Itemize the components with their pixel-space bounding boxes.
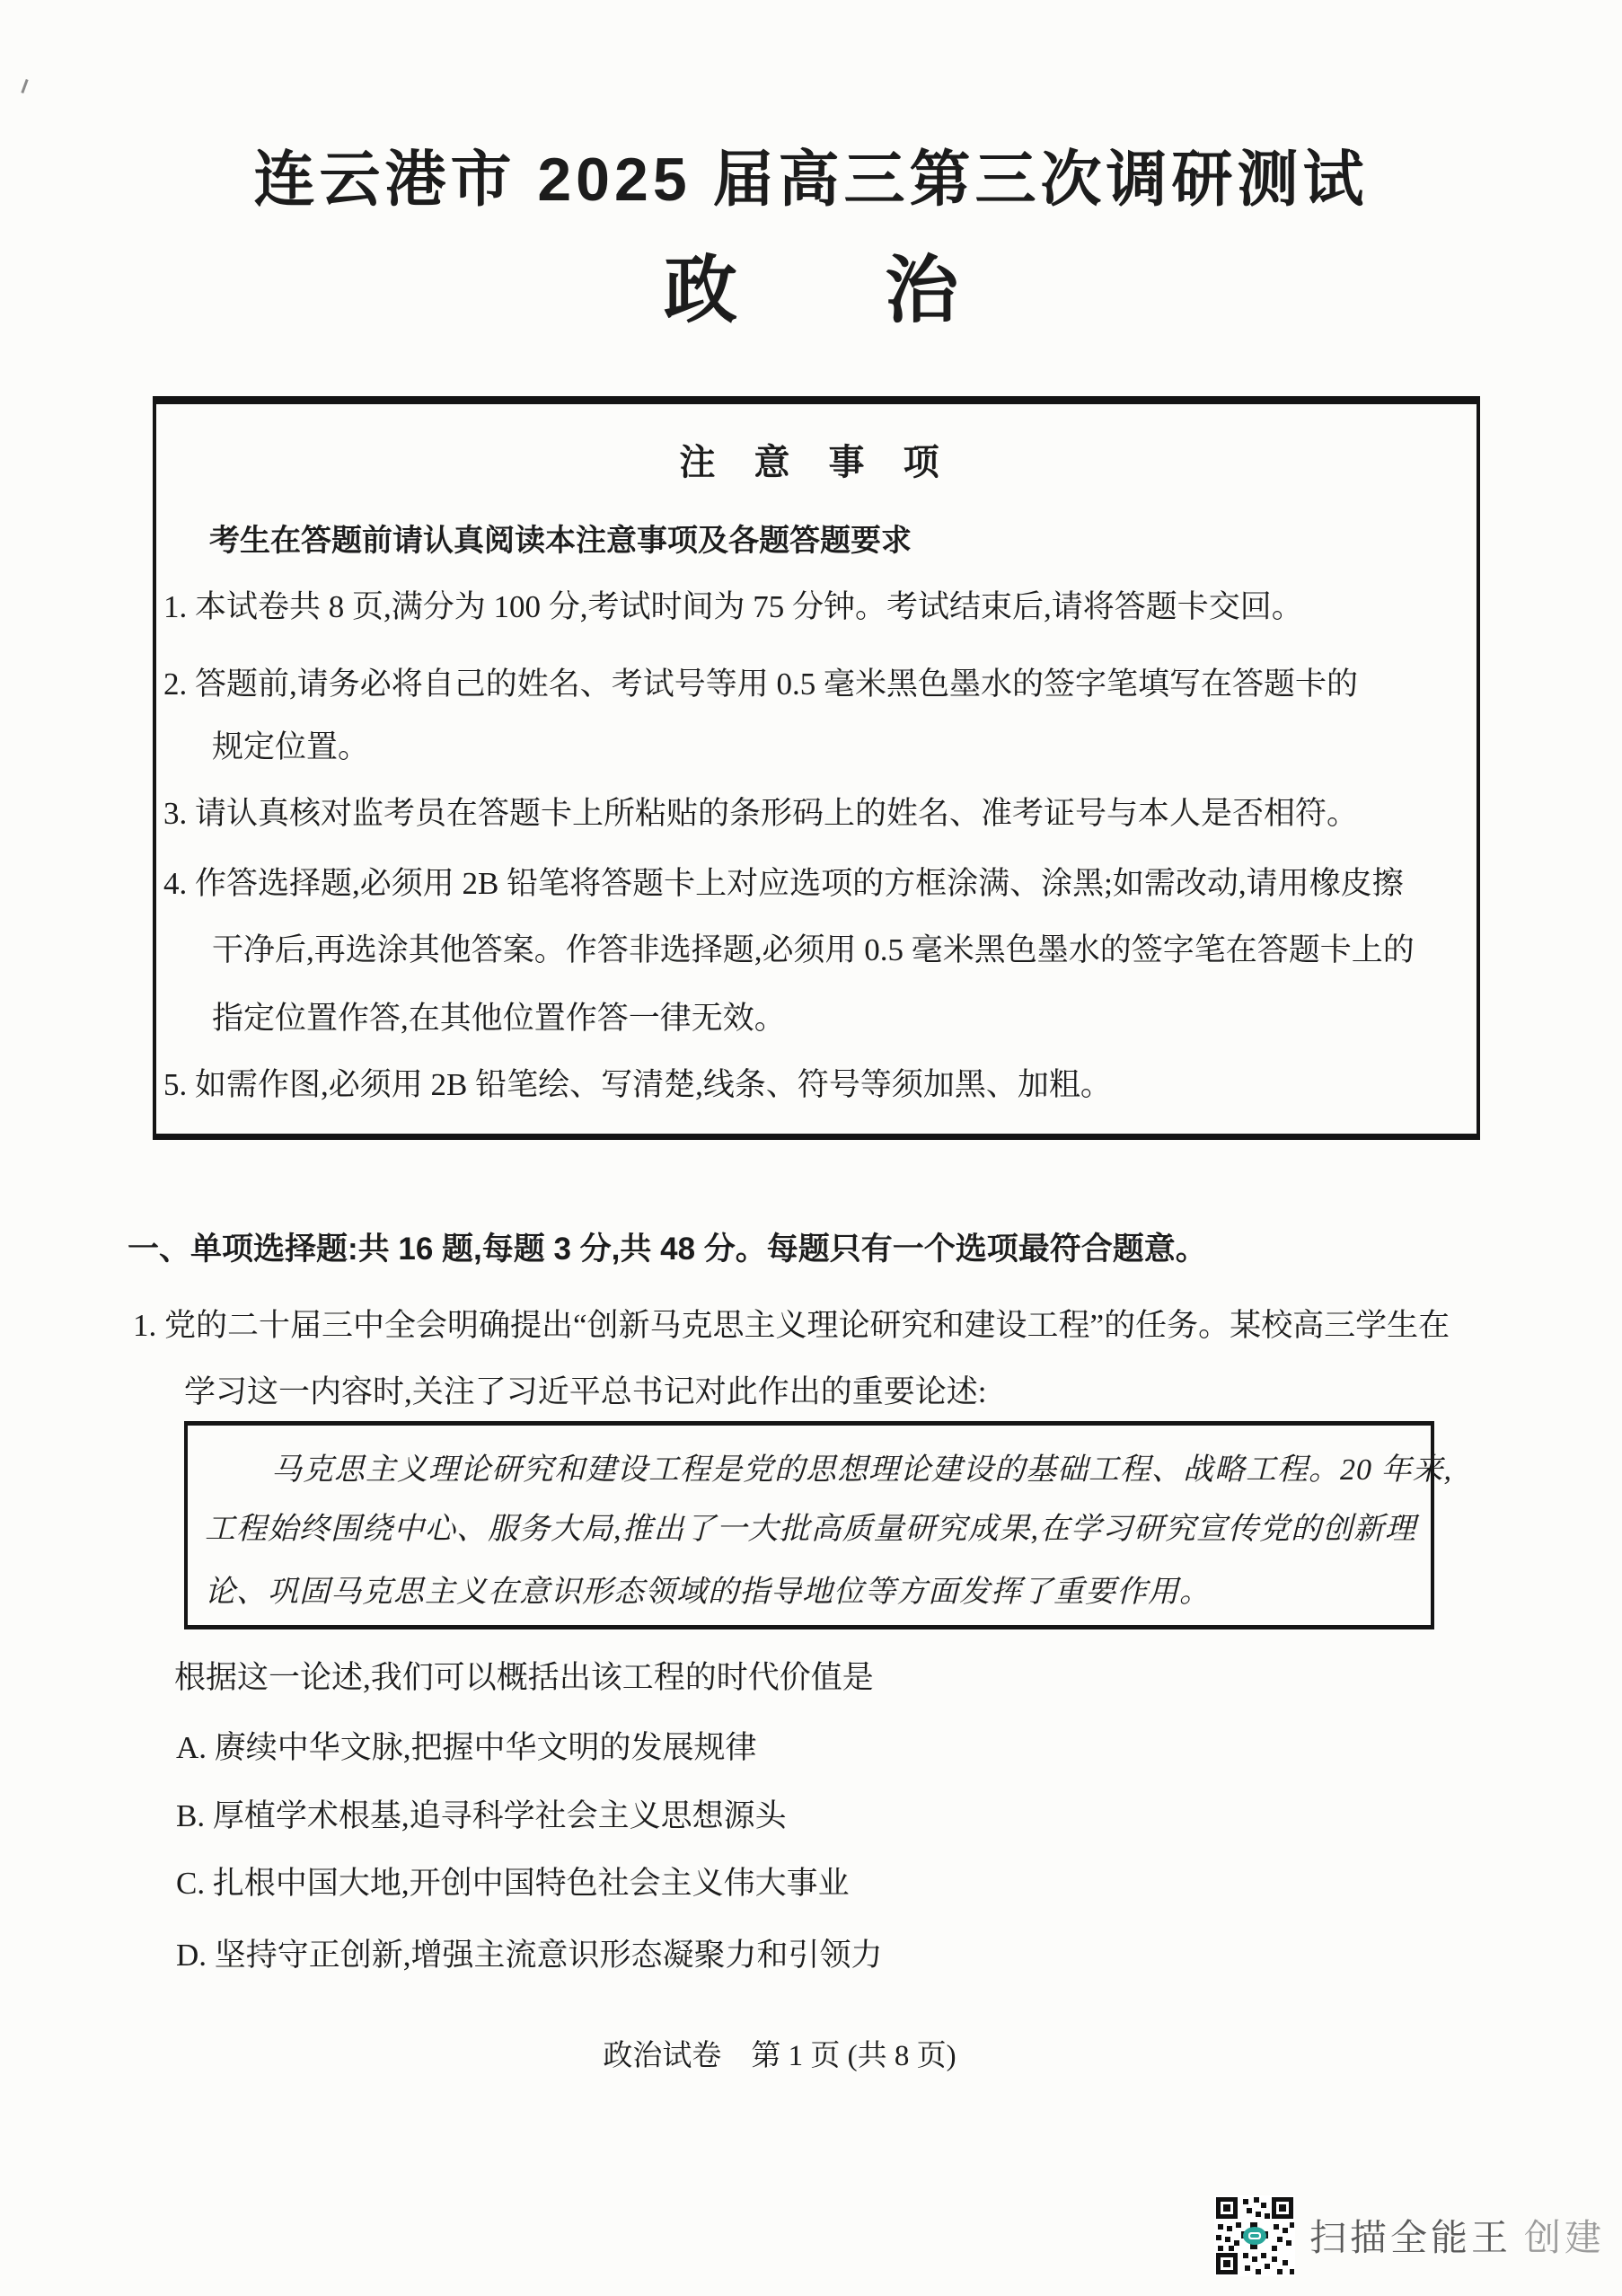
notice-heading: 注 意 事 项 <box>153 434 1480 485</box>
notice-line-1: 1. 本试卷共 8 页,满分为 100 分,考试时间为 75 分钟。考试结束后,… <box>163 582 1303 627</box>
question1-stem-line1: 1. 党的二十届三中全会明确提出“创新马克思主义理论研究和建设工程”的任务。某校… <box>133 1301 1450 1346</box>
notice-line-4: 4. 作答选择题,必须用 2B 铅笔将答题卡上对应选项的方框涂满、涂黑;如需改动… <box>163 859 1404 904</box>
question1-option-b: B. 厚植学术根基,追寻科学社会主义思想源头 <box>176 1791 787 1836</box>
question1-prompt: 根据这一论述,我们可以概括出该工程的时代价值是 <box>174 1653 874 1698</box>
notice-line-5: 5. 如需作图,必须用 2B 铅笔绘、写清楚,线条、符号等须加黑、加粗。 <box>163 1060 1112 1105</box>
notice-intro: 考生在答题前请认真阅读本注意事项及各题答题要求 <box>209 516 912 560</box>
exam-subject: 政 治 <box>0 232 1622 337</box>
page-footer: 政治试卷 第 1 页 (共 8 页) <box>0 2032 1591 2074</box>
section-heading: 一、单项选择题:共 16 题,每题 3 分,共 48 分。每题只有一个选项最符合… <box>128 1224 1207 1269</box>
exam-title: 连云港市 2025 届高三第三次调研测试 <box>0 131 1622 218</box>
qr-code-icon <box>1214 2195 1295 2276</box>
exam-paper-page: 连云港市 2025 届高三第三次调研测试 政 治 注 意 事 项 考生在答题前请… <box>0 0 1622 2296</box>
notice-line-3: 3. 请认真核对监考员在答题卡上所粘贴的条形码上的姓名、准考证号与本人是否相符。 <box>163 789 1358 834</box>
watermark-suffix: 创建 <box>1524 2217 1605 2258</box>
question1-option-c: C. 扎根中国大地,开创中国特色社会主义伟大事业 <box>176 1859 850 1903</box>
scan-artifact <box>21 79 28 93</box>
watermark-label: 扫描全能王创建 <box>1309 2208 1605 2261</box>
question1-stem-line2: 学习这一内容时,关注了习近平总书记对此作出的重要论述: <box>184 1367 986 1412</box>
quote-line-3: 论、巩固马克思主义在意识形态领域的指导地位等方面发挥了重要作用。 <box>205 1567 1211 1611</box>
notice-line-2: 2. 答题前,请务必将自己的姓名、考试号等用 0.5 毫米黑色墨水的签字笔填写在… <box>163 659 1358 704</box>
notice-line-4-cont1: 干净后,再选涂其他答案。作答非选择题,必须用 0.5 毫米黑色墨水的签字笔在答题… <box>212 925 1415 970</box>
notice-line-4-cont2: 指定位置作答,在其他位置作答一律无效。 <box>212 993 786 1038</box>
quote-line-1: 马克思主义理论研究和建设工程是党的思想理论建设的基础工程、战略工程。20 年来, <box>271 1444 1452 1488</box>
question1-option-a: A. 赓续中华文脉,把握中华文明的发展规律 <box>176 1723 757 1768</box>
notice-line-2-cont: 规定位置。 <box>212 722 369 767</box>
watermark-app-name: 扫描全能王 <box>1309 2217 1512 2258</box>
question1-option-d: D. 坚持守正创新,增强主流意识形态凝聚力和引领力 <box>176 1930 883 1975</box>
quote-line-2: 工程始终围绕中心、服务大局,推出了一大批高质量研究成果,在学习研究宣传党的创新理 <box>205 1504 1416 1548</box>
